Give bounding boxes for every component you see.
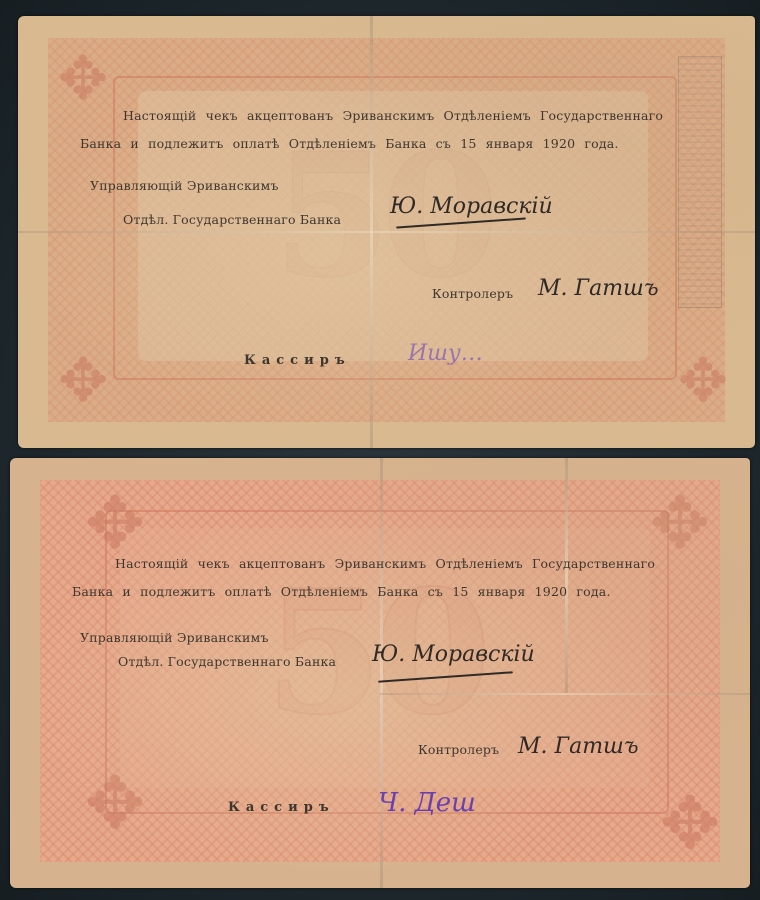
controller-label: Контролеръ [432, 286, 513, 301]
fold-crease [380, 458, 383, 888]
controller-signature: М. Гатшъ [518, 734, 639, 759]
manager-title-line-1: Управляющій Эриванскимъ [80, 630, 269, 645]
acceptance-text-line-1: Настоящій чекъ акцептованъ Эриванскимъ О… [123, 108, 663, 123]
controller-label: Контролеръ [418, 742, 499, 757]
corner-ornament-icon: ✥ [668, 346, 738, 416]
acceptance-text-line-1: Настоящій чекъ акцептованъ Эриванскимъ О… [115, 556, 655, 571]
fold-crease [565, 458, 568, 693]
fold-crease [18, 231, 755, 233]
corner-ornament-icon: ✥ [645, 488, 715, 558]
vertical-stamp-panel [678, 56, 722, 308]
cashier-label: Кассиръ [244, 353, 351, 368]
manager-signature: Ю. Моравскій [390, 194, 553, 219]
banknote-top: 50 ✥ ✥ ✥ Настоящій чекъ акцептованъ Эрив… [18, 16, 755, 448]
acceptance-text-line-2: Банка и подлежитъ оплатѣ Отдѣленіемъ Бан… [80, 136, 619, 151]
acceptance-text-line-2: Банка и подлежитъ оплатѣ Отдѣленіемъ Бан… [72, 584, 611, 599]
corner-ornament-icon: ✥ [48, 346, 118, 416]
corner-ornament-icon: ✥ [48, 44, 118, 114]
corner-ornament-icon: ✥ [655, 788, 725, 858]
corner-ornament-icon: ✥ [80, 488, 150, 558]
manager-title-line-2: Отдѣл. Государственнаго Банка [118, 654, 336, 669]
manager-title-line-1: Управляющій Эриванскимъ [90, 178, 279, 193]
fold-crease [380, 693, 750, 695]
manager-signature: Ю. Моравскій [372, 642, 535, 667]
cashier-signature-faded: Ишу… [408, 341, 483, 366]
manager-title-line-2: Отдѣл. Государственнаго Банка [123, 212, 341, 227]
controller-signature: М. Гатшъ [538, 276, 659, 301]
cashier-signature: Ч. Деш [378, 788, 476, 818]
banknote-bottom: 50 ✥ ✥ ✥ ✥ Настоящій чекъ акцептованъ Эр… [10, 458, 750, 888]
corner-ornament-icon: ✥ [80, 768, 150, 838]
cashier-label: Кассиръ [228, 800, 335, 815]
